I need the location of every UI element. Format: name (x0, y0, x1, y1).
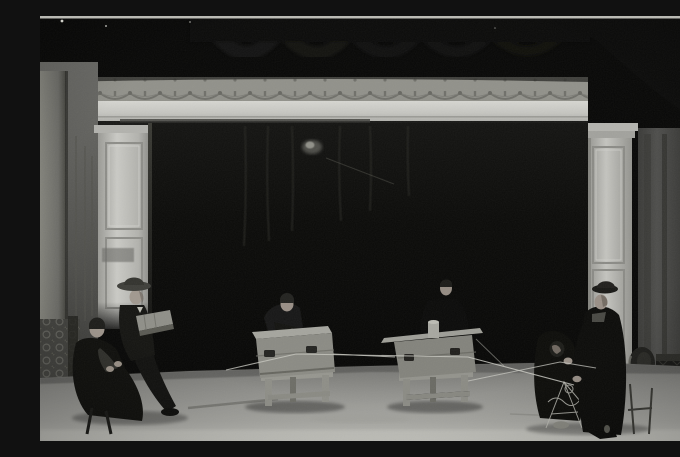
photo-finish (40, 16, 680, 441)
photo-canvas (40, 16, 680, 441)
vignette (40, 16, 680, 441)
stage-photograph: Theatre stage with a white proscenium ar… (40, 16, 680, 441)
top-border-line (40, 16, 680, 19)
